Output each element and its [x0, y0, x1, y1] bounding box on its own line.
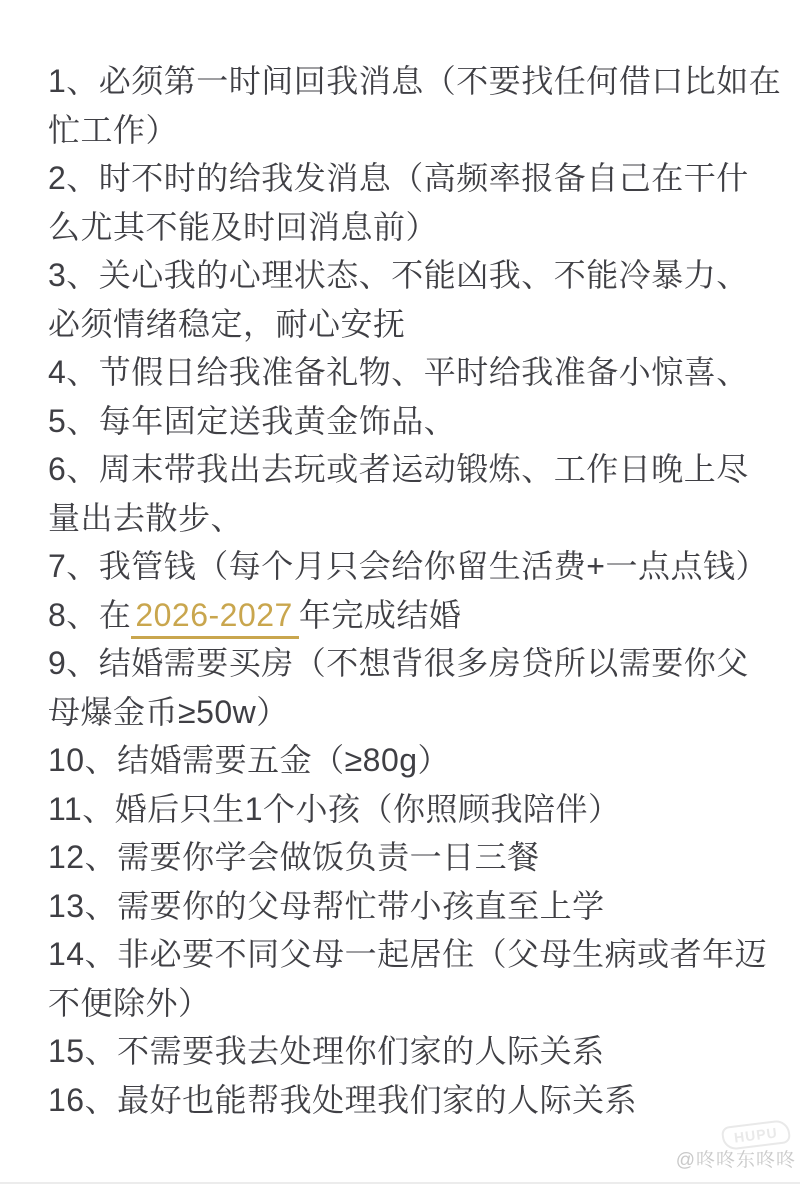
list-line-item8: 8、在2026-2027年完成结婚: [48, 591, 780, 640]
list-line: 量出去散步、: [48, 494, 780, 543]
list-line: 母爆金币≥50w）: [48, 688, 780, 737]
watermark: HUPU @咚咚东咚咚: [676, 1123, 796, 1172]
list-line: 么尤其不能及时回消息前）: [48, 203, 780, 252]
list-line: 3、关心我的心理状态、不能凶我、不能冷暴力、: [48, 251, 780, 300]
list-line: 9、结婚需要买房（不想背很多房贷所以需要你父: [48, 639, 780, 688]
list-line: 2、时不时的给我发消息（高频率报备自己在干什: [48, 154, 780, 203]
item8-suffix: 年完成结婚: [299, 597, 462, 633]
list-line: 1、必须第一时间回我消息（不要找任何借口比如在: [48, 57, 780, 106]
list-line: 10、结婚需要五金（≥80g）: [48, 736, 780, 785]
list-line: 6、周末带我出去玩或者运动锻炼、工作日晚上尽: [48, 445, 780, 494]
list-line: 5、每年固定送我黄金饰品、: [48, 397, 780, 446]
list-line: 11、婚后只生1个小孩（你照顾我陪伴）: [48, 785, 780, 834]
list-line: 忙工作）: [48, 106, 780, 155]
list-line: 12、需要你学会做饭负责一日三餐: [48, 833, 780, 882]
post-image: 1、必须第一时间回我消息（不要找任何借口比如在 忙工作） 2、时不时的给我发消息…: [0, 0, 800, 1184]
item8-highlight-years: 2026-2027: [131, 597, 299, 639]
list-line: 必须情绪稳定，耐心安抚: [48, 300, 780, 349]
list-line: 16、最好也能帮我处理我们家的人际关系: [48, 1076, 780, 1125]
list-line: 4、节假日给我准备礼物、平时给我准备小惊喜、: [48, 348, 780, 397]
requirements-list: 1、必须第一时间回我消息（不要找任何借口比如在 忙工作） 2、时不时的给我发消息…: [48, 57, 780, 1124]
list-line: 不便除外）: [48, 979, 780, 1028]
list-line: 7、我管钱（每个月只会给你留生活费+一点点钱）: [48, 542, 780, 591]
list-line: 13、需要你的父母帮忙带小孩直至上学: [48, 882, 780, 931]
item8-prefix: 8、在: [48, 597, 131, 633]
list-line: 14、非必要不同父母一起居住（父母生病或者年迈: [48, 930, 780, 979]
list-line: 15、不需要我去处理你们家的人际关系: [48, 1027, 780, 1076]
